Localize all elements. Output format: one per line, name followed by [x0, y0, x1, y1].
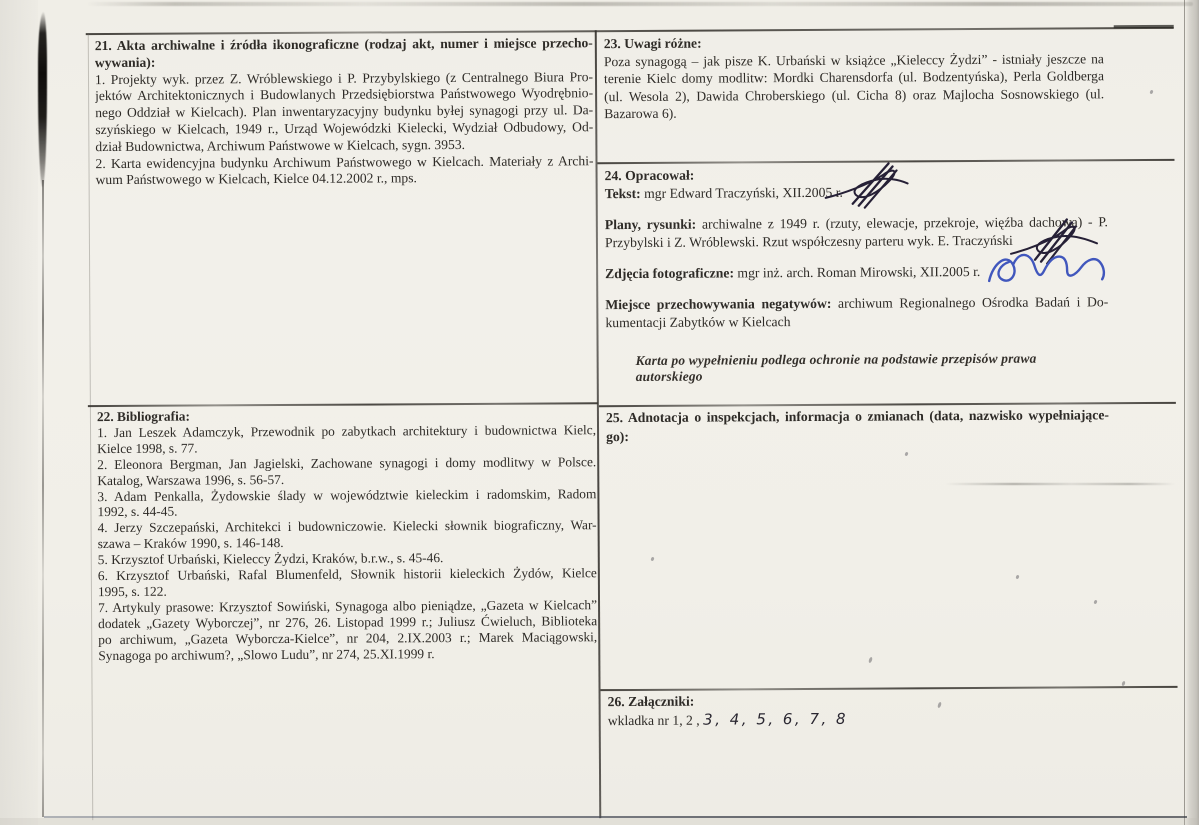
handwritten-text: 3, 4, 5, 6, 7, 8 [703, 710, 848, 729]
text-line: Miejsce przechowywania negatywów: archiw… [605, 293, 1108, 314]
table-top-border-dark-segment [1114, 25, 1174, 28]
record-card-table: 21. Akta archiwalne i źródła ikonografic… [86, 28, 1179, 820]
text-line: po archiwum, „Gazeta Wyborcza-Kielce”, n… [98, 629, 597, 648]
fold-shadow-line [42, 180, 44, 817]
page-edge-right [1184, 0, 1199, 825]
section-25-adnotacje-o-inspekcjach: 25. Adnotacja o inspekcjach, informacja … [606, 406, 1109, 446]
text-line: Synagoga po archiwum?, „Slowo Ludu”, nr … [98, 645, 597, 664]
fold-shadow-blob [38, 12, 47, 187]
text-line: 21. Akta archiwalne i źródła ikonografic… [95, 35, 593, 55]
section-21-akta-archiwalne: 21. Akta archiwalne i źródła ikonografic… [95, 35, 594, 189]
copyright-notice: Karta po wypełnieniu podlega ochronie na… [636, 350, 1106, 385]
text-line: 2. Karta ewidencyjna budynku Archiwum Pa… [95, 153, 593, 173]
section-23-uwagi-rozne: 23. Uwagi różne:Poza synagogą – jak pisz… [604, 32, 1104, 122]
handwritten-signature-blue [985, 244, 1115, 295]
scanned-card-page: 21. Akta archiwalne i źródła ikonografic… [0, 0, 1199, 825]
section-26-zalaczniki: 26. Załączniki:wkladka nr 1, 2 , 3, 4, 5… [608, 690, 1111, 730]
page-left-margin [0, 0, 38, 825]
text-line: 25. Adnotacja o inspekcjach, informacja … [606, 406, 1109, 427]
handwritten-signature-dark-1 [822, 157, 910, 212]
text-line: kumentacji Zabytków w Kielcach [605, 311, 1108, 332]
table-left-border [88, 34, 94, 820]
section-22-bibliografia: 22. Bibliografia:1. Jan Leszek Adamczyk,… [97, 406, 597, 663]
text-line: go): [606, 425, 1109, 446]
text-line: terenie Kielc domy modlitw: Mordki Chare… [604, 67, 1104, 87]
bottom-edge-shade [0, 818, 1199, 825]
scan-smudge-top [86, 2, 1193, 6]
text-line: szyńskiego w Kielcach, 1949 r., Urząd Wo… [95, 119, 593, 139]
text-line: (ul. Wesola 2), Dawida Chroberskiego (ul… [604, 85, 1104, 105]
text-line: 1. Jan Leszek Adamczyk, Przewodnik po za… [97, 422, 596, 441]
text-line: wum Państwowego w Kielcach, Kielce 04.12… [96, 170, 594, 190]
text-line: wkladka nr 1, 2 , 3, 4, 5, 6, 7, 8 [608, 708, 1111, 730]
text-line: 6. Krzysztof Urbański, Rafal Blumenfeld,… [98, 565, 597, 584]
text-line: 2. Eleonora Bergman, Jan Jagielski, Zach… [97, 454, 596, 473]
text-line: Bazarowa 6). [604, 102, 1104, 122]
text-line: 4. Jerzy Szczepański, Architekci i budow… [98, 518, 597, 537]
